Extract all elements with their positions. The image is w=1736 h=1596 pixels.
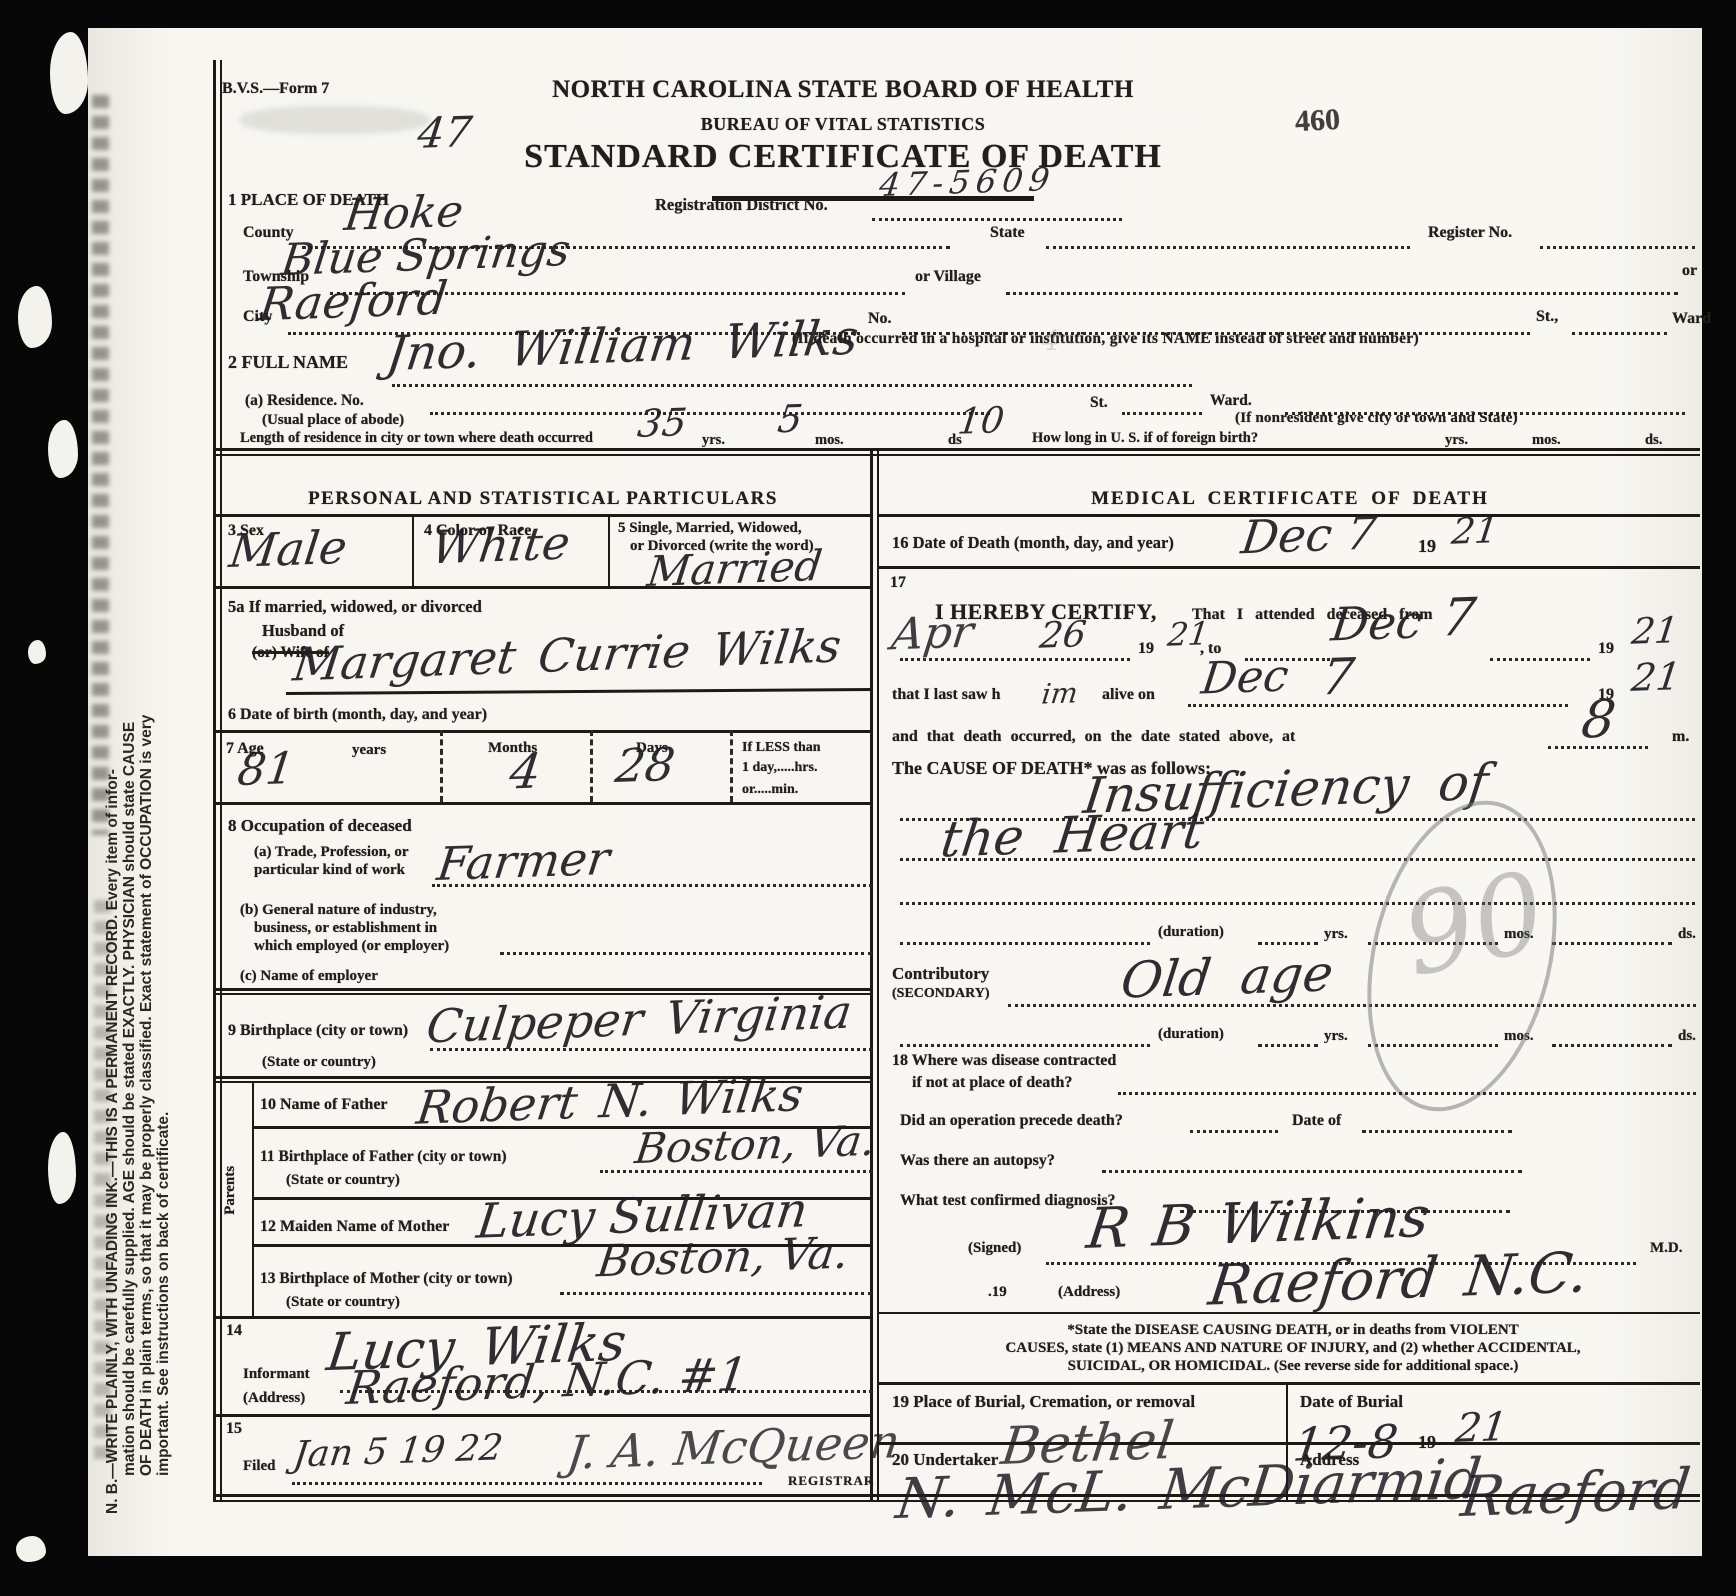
dotted-line	[900, 858, 1695, 861]
test-confirmed-label: What test confirmed diagnosis?	[900, 1192, 1116, 1210]
rule	[213, 802, 873, 805]
rule	[879, 566, 1700, 569]
employer-label: (c) Name of employer	[240, 968, 378, 985]
cell-divider	[412, 514, 414, 588]
film-edge-blob	[48, 420, 78, 478]
father-birthplace-note: (State or country)	[286, 1172, 400, 1189]
section-divider	[213, 454, 1700, 456]
contributory-label: Contributory	[892, 964, 989, 983]
city-value: Raeford	[257, 275, 450, 327]
dotted-line	[292, 1482, 762, 1485]
attended-from-day: 26	[1038, 617, 1088, 655]
last-saw-year: 21	[1630, 657, 1683, 697]
state-label: State	[990, 224, 1025, 242]
dashed-divider	[730, 730, 733, 802]
dotted-line	[1540, 246, 1695, 249]
dotted-line	[1190, 1130, 1278, 1133]
film-edge-blob	[18, 286, 52, 348]
cause-line2-value: the Heart	[938, 805, 1206, 864]
us-yrs-label: yrs.	[1445, 432, 1468, 448]
age-days-value: 28	[613, 741, 678, 789]
residence-label: (a) Residence. No.	[245, 392, 364, 409]
board-title: NORTH CAROLINA STATE BOARD OF HEALTH	[498, 76, 1188, 104]
stamp-number: 460	[1294, 103, 1341, 139]
filed-label: Filed	[243, 1458, 276, 1475]
operation-label: Did an operation precede death?	[900, 1112, 1123, 1130]
father-birthplace-value: Boston, Va.	[633, 1120, 878, 1170]
no-label: No.	[868, 310, 892, 328]
dotted-line	[872, 218, 1122, 221]
dotted-line	[560, 1292, 872, 1295]
duration-yrs-label: yrs.	[1324, 926, 1348, 943]
dotted-line	[900, 942, 1150, 945]
form-left-border	[220, 60, 222, 1500]
father-label: 10 Name of Father	[260, 1096, 388, 1114]
if-less-hrs-label: 1 day,.....hrs.	[742, 760, 817, 776]
film-edge-blob	[16, 1536, 46, 1562]
or-village-label: or Village	[915, 268, 981, 286]
full-name-label: 2 FULL NAME	[228, 352, 348, 372]
rule	[213, 586, 873, 589]
birthplace-label: 9 Birthplace (city or town)	[228, 1022, 408, 1040]
attended-to-month: Dec	[1329, 598, 1425, 647]
certificate-title: STANDARD CERTIFICATE OF DEATH	[458, 138, 1228, 176]
film-edge-blob	[28, 640, 46, 664]
mother-birthplace-value: Boston, Va.	[595, 1232, 852, 1285]
years-label: years	[352, 742, 386, 759]
us-mos-label: mos.	[1532, 432, 1561, 448]
column-divider	[870, 448, 873, 1500]
dotted-line	[900, 902, 1695, 905]
nonresident-note: (If nonresident give city or town and St…	[1235, 410, 1518, 427]
duration-yrs-label: yrs.	[1324, 1028, 1348, 1045]
or-label: or	[1682, 262, 1697, 280]
bureau-title: BUREAU OF VITAL STATISTICS	[498, 114, 1188, 134]
address-label: (Address)	[1058, 1284, 1120, 1301]
printed-19: 19	[1418, 536, 1436, 556]
length-yrs-value: 35	[636, 403, 689, 443]
abode-note: (Usual place of abode)	[262, 412, 404, 429]
death-occurred-label: and that death occurred, on the date sta…	[892, 728, 1295, 746]
burial-place-label: 19 Place of Burial, Cremation, or remova…	[892, 1392, 1195, 1411]
footnote-line2: CAUSES, state (1) MEANS AND NATURE OF IN…	[890, 1340, 1696, 1357]
dotted-line	[1572, 332, 1667, 335]
race-value: White	[429, 520, 573, 571]
form-number: B.V.S.—Form 7	[222, 80, 329, 98]
us-ds-label: ds.	[1645, 432, 1662, 448]
dotted-line	[1362, 1130, 1512, 1133]
dotted-line	[1552, 1044, 1672, 1047]
dotted-line	[430, 412, 990, 415]
residence-ward-label: Ward.	[1210, 392, 1252, 409]
date-of-death-value: Dec 7	[1239, 510, 1379, 561]
informant-address-label: (Address)	[243, 1390, 305, 1407]
dotted-line	[900, 1044, 1150, 1047]
rule	[879, 1312, 1700, 1314]
residence-st-label: St.	[1090, 394, 1108, 411]
mother-birthplace-label: 13 Birthplace of Mother (city or town)	[260, 1270, 513, 1287]
attended-to-year: 21	[1630, 613, 1680, 651]
duration-ds-label: ds.	[1678, 926, 1696, 943]
md-label: M.D.	[1650, 1240, 1683, 1257]
last-saw-month: Dec	[1199, 655, 1291, 702]
date-of-label: Date of	[1292, 1112, 1341, 1130]
hospital-note: (If death occurred in a hospital or inst…	[792, 330, 1419, 347]
attended-from-month: Apr	[889, 611, 976, 658]
dotted-line	[1046, 246, 1410, 249]
film-edge-blob	[50, 32, 88, 114]
marital-label: 5 Single, Married, Widowed,	[618, 520, 802, 537]
ink-smear	[240, 106, 430, 134]
registration-district-value: 47-5609	[878, 163, 1058, 201]
film-edge-blob	[48, 1132, 76, 1204]
mos-label: mos.	[815, 432, 844, 448]
occupation-label: 8 Occupation of deceased	[228, 816, 412, 835]
dotted-line	[1102, 1170, 1522, 1173]
attended-to-day: 7	[1439, 591, 1479, 644]
signed-label: (Signed)	[968, 1240, 1021, 1257]
duration-ds-label: ds.	[1678, 1028, 1696, 1045]
footnote-line1: *State the DISEASE CAUSING DEATH, or in …	[890, 1322, 1696, 1339]
secondary-label: (SECONDARY)	[892, 986, 990, 1002]
burial-date-label: Date of Burial	[1300, 1392, 1403, 1411]
sex-value: Male	[227, 524, 350, 574]
industry-label3: which employed (or employer)	[254, 938, 449, 955]
last-saw-label: that I last saw h	[892, 686, 1000, 704]
scanned-death-certificate: N. B.—WRITE PLAINLY, WITH UNFADING INK.—…	[0, 0, 1736, 1596]
year-19-label: .19	[988, 1284, 1007, 1301]
margin-line: N. B.—WRITE PLAINLY, WITH UNFADING INK.—…	[104, 62, 121, 1514]
dotted-line	[1122, 412, 1202, 415]
last-saw-day: 7	[1319, 651, 1357, 702]
margin-line: OF DEATH in plain terms, so that it may …	[138, 62, 155, 1514]
parents-side-label: Parents	[222, 1166, 239, 1215]
margin-line: important. See instructions on back of c…	[155, 62, 172, 1514]
printed-19: 19	[1138, 640, 1154, 658]
duration-label: (duration)	[1158, 924, 1224, 941]
form-left-border	[213, 60, 216, 1500]
informant-number: 14	[226, 1322, 242, 1340]
father-birthplace-label: 11 Birthplace of Father (city or town)	[260, 1148, 507, 1165]
length-mos-value: 5	[776, 400, 805, 439]
if-less-label: If LESS than	[742, 740, 821, 756]
last-saw-him: im	[1040, 679, 1079, 708]
rule	[213, 730, 873, 733]
printed-19: 19	[1598, 640, 1614, 658]
dob-label: 6 Date of birth (month, day, and year)	[228, 706, 487, 724]
margin-line: mation should be carefully supplied. AGE…	[121, 62, 138, 1514]
trade-label2: particular kind of work	[254, 862, 405, 879]
dashed-divider	[590, 730, 593, 802]
mother-birthplace-note: (State or country)	[286, 1294, 400, 1311]
dotted-line	[1490, 658, 1590, 661]
dotted-line	[1258, 1044, 1318, 1047]
death-hour-value: 8	[1579, 693, 1619, 746]
us-length-label: How long in U. S. if of foreign birth?	[1032, 430, 1258, 446]
industry-label2: business, or establishment in	[254, 920, 437, 937]
rule	[213, 1414, 873, 1417]
mother-label: 12 Maiden Name of Mother	[260, 1218, 449, 1236]
dotted-line	[392, 384, 1192, 387]
margin-instructions: N. B.—WRITE PLAINLY, WITH UNFADING INK.—…	[104, 62, 172, 1514]
s5a-label: 5a If married, widowed, or divorced	[228, 598, 482, 616]
disease-contracted-label: 18 Where was disease contracted	[892, 1052, 1116, 1070]
contributory-value: Old age	[1118, 948, 1336, 1005]
cell-divider	[608, 514, 610, 588]
filed-date-value: Jan 5 19 22	[291, 1430, 504, 1473]
dotted-line	[1006, 292, 1678, 295]
registrar-signature: J. A. McQueen	[564, 1418, 902, 1476]
date-of-death-year: 21	[1450, 513, 1500, 551]
section-17-number: 17	[890, 574, 906, 592]
column-divider	[877, 448, 879, 1500]
m-label: m.	[1672, 728, 1689, 746]
duration-label: (duration)	[1158, 1026, 1224, 1043]
registrar-label: REGISTRAR	[788, 1474, 874, 1489]
length-ds-value: 10	[956, 403, 1006, 441]
register-no-label: Register No.	[1428, 224, 1512, 242]
dotted-line	[1008, 1004, 1696, 1007]
filed-number: 15	[226, 1420, 242, 1438]
date-of-death-label: 16 Date of Death (month, day, and year)	[892, 534, 1174, 552]
pencil-mark: 4—	[1042, 324, 1088, 357]
autopsy-label: Was there an autopsy?	[900, 1152, 1055, 1170]
if-less-min-label: or.....min.	[742, 782, 798, 798]
medical-section-header: MEDICAL CERTIFICATE OF DEATH	[900, 488, 1680, 509]
industry-label: (b) General nature of industry,	[240, 902, 437, 919]
birthplace-value: Culpeper Virginia	[424, 989, 854, 1050]
dotted-line	[500, 952, 872, 955]
footnote-line3: SUICIDAL, OR HOMICIDAL. (See reverse sid…	[890, 1358, 1696, 1375]
dotted-line	[1188, 704, 1568, 707]
informant-address-value: Raeford, N.C. #1	[344, 1351, 750, 1411]
length-residence-label: Length of residence in city or town wher…	[240, 430, 593, 446]
yrs-label: yrs.	[702, 432, 725, 448]
trade-value: Farmer	[435, 835, 613, 887]
section-divider	[213, 448, 1700, 451]
personal-section-header: PERSONAL AND STATISTICAL PARTICULARS	[228, 488, 858, 509]
ward-label: Ward	[1672, 310, 1711, 328]
dashed-divider	[440, 730, 443, 802]
dotted-line	[1552, 942, 1672, 945]
age-years-value: 81	[235, 747, 297, 793]
informant-label: Informant	[243, 1366, 310, 1383]
physician-address-value: Raeford N.C.	[1206, 1245, 1591, 1314]
st-label: St.,	[1536, 308, 1558, 326]
alive-on-label: alive on	[1102, 686, 1155, 704]
rule	[879, 1382, 1700, 1385]
rule	[879, 1442, 1700, 1445]
age-months-value: 4	[507, 747, 544, 796]
registration-district-label: Registration District No.	[655, 196, 828, 214]
trade-label: (a) Trade, Profession, or	[254, 844, 409, 861]
birthplace-note: (State or country)	[262, 1054, 376, 1071]
undertaker-address-value: Raeford	[1458, 1462, 1693, 1526]
dotted-line	[1118, 1092, 1696, 1095]
disease-contracted-label2: if not at place of death?	[912, 1074, 1072, 1092]
